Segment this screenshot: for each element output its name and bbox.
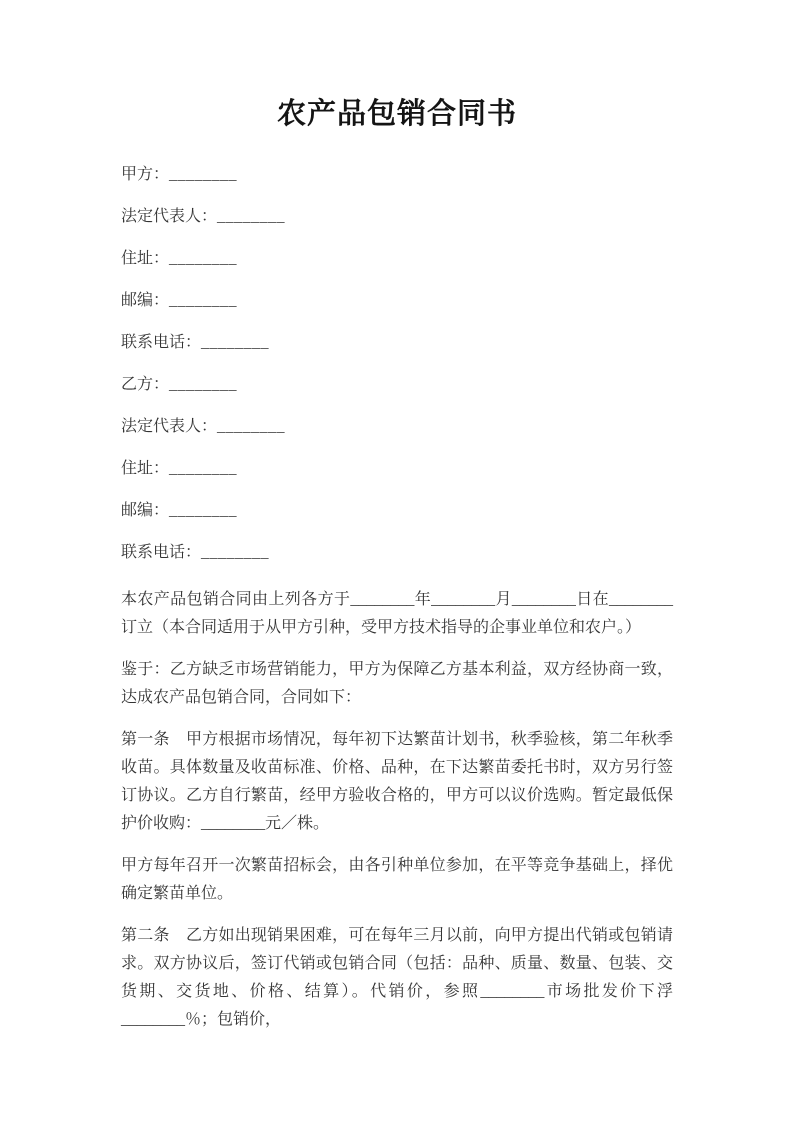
field-legal-representative-a: 法定代表人：________ [121, 208, 673, 225]
party-info-fields: 甲方：________ 法定代表人：________ 住址：________ 邮… [121, 166, 673, 561]
field-blank-line: ________ [217, 418, 285, 435]
field-label: 乙方： [121, 376, 169, 393]
paragraph-article-1-bidding: 甲方每年召开一次繁苗招标会，由各引种单位参加，在平等竞争基础上，择优确定繁苗单位… [121, 852, 673, 908]
field-label: 法定代表人： [121, 418, 217, 435]
field-legal-representative-b: 法定代表人：________ [121, 418, 673, 435]
field-phone-b: 联系电话：________ [121, 544, 673, 561]
paragraph-article-2: 第二条 乙方如出现销果困难，可在每年三月以前，向甲方提出代销或包销请求。双方协议… [121, 922, 673, 1034]
field-label: 甲方： [121, 166, 169, 183]
field-postal-code-b: 邮编：________ [121, 502, 673, 519]
field-blank-line: ________ [217, 208, 285, 225]
field-blank-line: ________ [169, 376, 237, 393]
field-label: 联系电话： [121, 544, 201, 561]
field-label: 住址： [121, 460, 169, 477]
field-party-a: 甲方：________ [121, 166, 673, 183]
field-postal-code-a: 邮编：________ [121, 292, 673, 309]
field-blank-line: ________ [169, 292, 237, 309]
field-blank-line: ________ [201, 544, 269, 561]
field-address-a: 住址：________ [121, 250, 673, 267]
paragraph-signing-intro: 本农产品包销合同由上列各方于________年________月________… [121, 586, 673, 642]
paragraph-whereas-clause: 鉴于：乙方缺乏市场营销能力，甲方为保障乙方基本利益，双方经协商一致，达成农产品包… [121, 656, 673, 712]
field-blank-line: ________ [169, 460, 237, 477]
field-label: 联系电话： [121, 334, 201, 351]
field-address-b: 住址：________ [121, 460, 673, 477]
field-blank-line: ________ [169, 250, 237, 267]
field-party-b: 乙方：________ [121, 376, 673, 393]
field-label: 邮编： [121, 502, 169, 519]
document-title: 农产品包销合同书 [121, 97, 673, 131]
contract-document-page: 农产品包销合同书 甲方：________ 法定代表人：________ 住址：_… [0, 0, 793, 1122]
field-blank-line: ________ [169, 166, 237, 183]
field-phone-a: 联系电话：________ [121, 334, 673, 351]
paragraph-article-1: 第一条 甲方根据市场情况，每年初下达繁苗计划书，秋季验核，第二年秋季收苗。具体数… [121, 726, 673, 838]
field-blank-line: ________ [169, 502, 237, 519]
field-label: 邮编： [121, 292, 169, 309]
field-label: 法定代表人： [121, 208, 217, 225]
field-label: 住址： [121, 250, 169, 267]
field-blank-line: ________ [201, 334, 269, 351]
